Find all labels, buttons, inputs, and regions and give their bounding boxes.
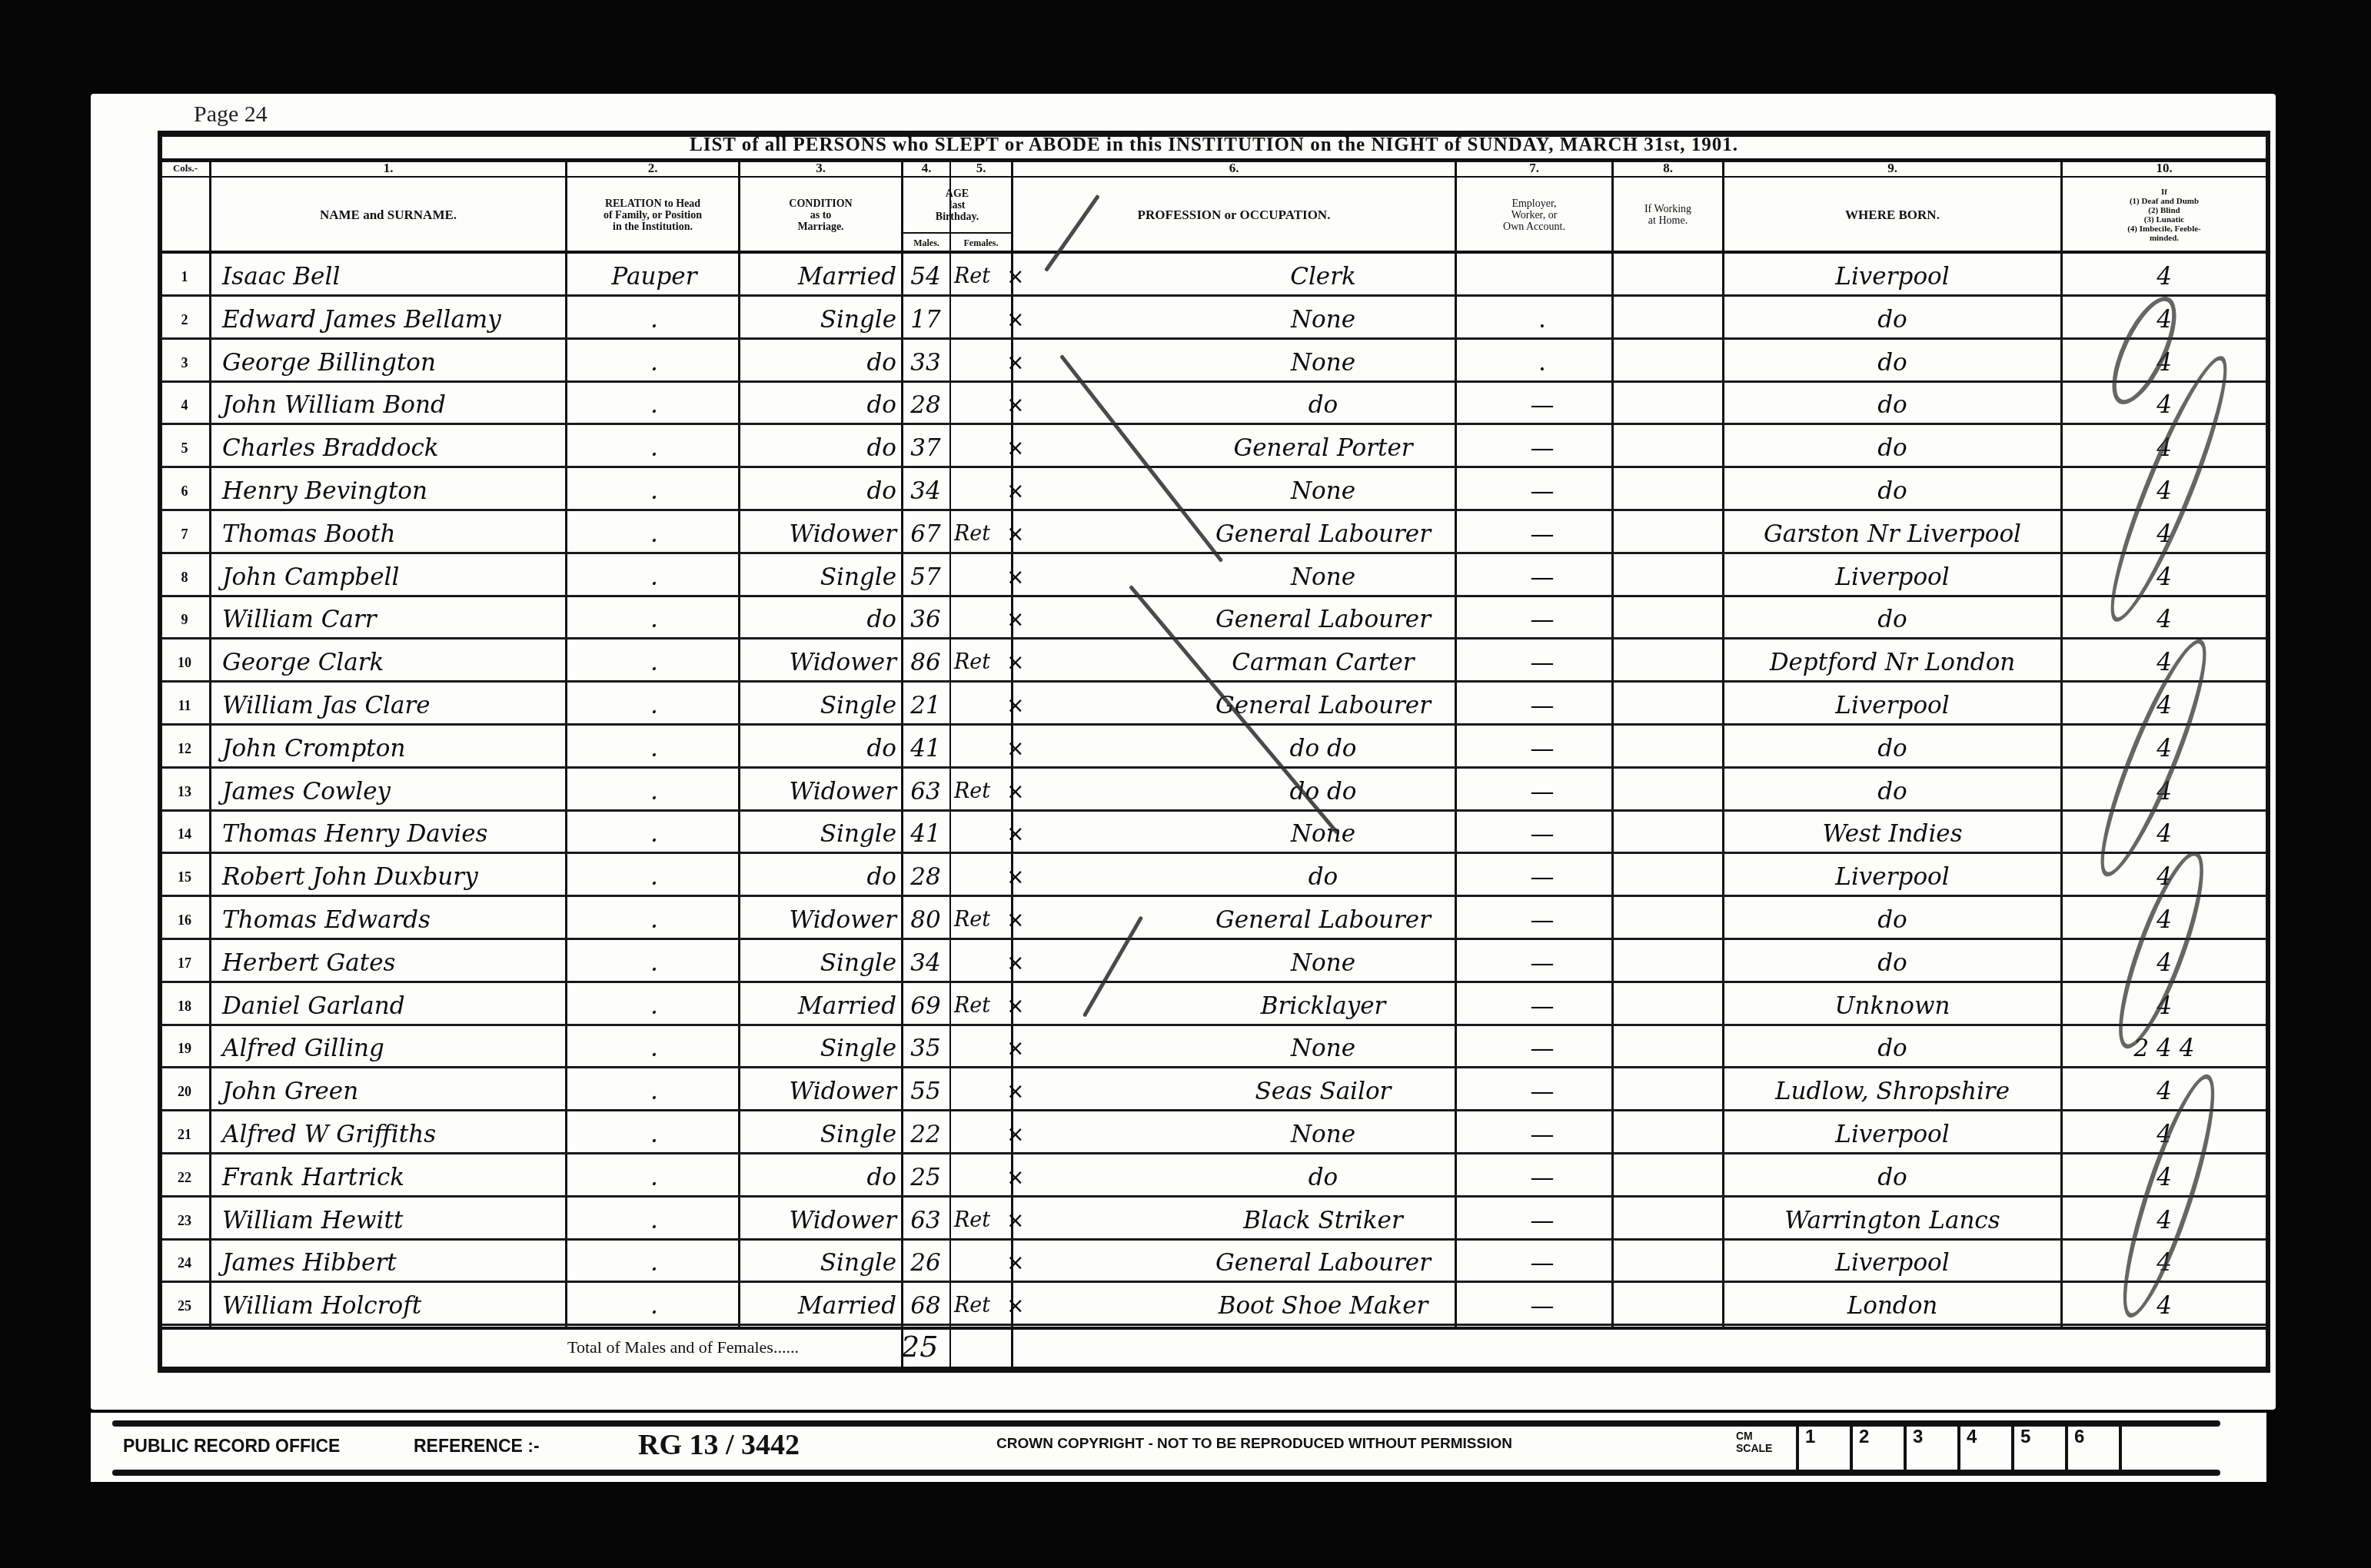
birthplace: London: [1724, 1286, 2060, 1324]
infirmity-code: 4: [2063, 385, 2266, 424]
tick-mark-icon: ×: [1006, 857, 1029, 895]
birthplace: do: [1724, 471, 2060, 510]
tick-mark-icon: ×: [1006, 900, 1029, 938]
birthplace: Liverpool: [1724, 1115, 2060, 1153]
employer-status: —: [1469, 1115, 1615, 1153]
colnum-3: 3.: [740, 160, 901, 177]
person-name: William Holcroft: [222, 1286, 568, 1324]
footer-office: PUBLIC RECORD OFFICE: [123, 1436, 340, 1457]
tick-mark-icon: ×: [1006, 600, 1029, 638]
person-name: Alfred Gilling: [222, 1028, 568, 1067]
employer-status: —: [1469, 600, 1615, 638]
birthplace: Liverpool: [1724, 257, 2060, 295]
marital-condition: Single: [743, 1243, 896, 1281]
tick-mark-icon: ×: [1006, 1286, 1029, 1324]
marital-condition: Single: [743, 814, 896, 852]
employer-status: —: [1469, 943, 1615, 982]
relation: Pauper: [570, 257, 739, 295]
marital-condition: do: [743, 385, 896, 424]
tick-mark-icon: ×: [1006, 1201, 1029, 1239]
marital-condition: Single: [743, 943, 896, 982]
header-name: NAME and SURNAME.: [211, 178, 565, 252]
relation: .: [570, 385, 739, 424]
row-number: 4: [162, 385, 207, 424]
row-number: 15: [162, 857, 207, 895]
table-row: 22 Frank Hartrick . do 25 × do — do 4: [162, 1154, 2266, 1198]
header-home: If Working at Home.: [1614, 178, 1722, 252]
age-male: 67: [903, 514, 949, 553]
birthplace: do: [1724, 772, 2060, 810]
tick-mark-icon: ×: [1006, 257, 1029, 295]
relation: .: [570, 1028, 739, 1067]
person-name: John Green: [222, 1071, 568, 1110]
schedule-title: LIST of all PERSONS who SLEPT or ABODE i…: [158, 132, 2270, 158]
table-row: 19 Alfred Gilling . Single 35 × None — d…: [162, 1025, 2266, 1068]
header-employer: Employer, Worker, or Own Account.: [1457, 178, 1611, 252]
row-number: 18: [162, 986, 207, 1025]
tick-mark-icon: ×: [1006, 986, 1029, 1025]
birthplace: Ludlow, Shropshire: [1724, 1071, 2060, 1110]
relation: .: [570, 1201, 739, 1239]
age-male: 35: [903, 1028, 949, 1067]
marital-condition: Widower: [743, 900, 896, 938]
colnum-6: 6.: [1013, 160, 1455, 177]
row-number: 20: [162, 1071, 207, 1110]
person-name: William Carr: [222, 600, 568, 638]
table-row: 18 Daniel Garland . Married 69 Ret × Bri…: [162, 983, 2266, 1026]
birthplace: do: [1724, 300, 2060, 338]
header-occupation: PROFESSION or OCCUPATION.: [1013, 178, 1455, 252]
birthplace: West Indies: [1724, 814, 2060, 852]
tick-mark-icon: ×: [1006, 343, 1029, 381]
person-name: John Crompton: [222, 729, 568, 767]
age-male: 41: [903, 729, 949, 767]
relation: .: [570, 986, 739, 1025]
relation: .: [570, 729, 739, 767]
colnum-7: 7.: [1457, 160, 1611, 177]
tick-mark-icon: ×: [1006, 643, 1029, 681]
colnum-4: 4.: [903, 160, 949, 177]
birthplace: do: [1724, 385, 2060, 424]
relation: .: [570, 772, 739, 810]
tick-mark-icon: ×: [1006, 1158, 1029, 1196]
employer-status: —: [1469, 385, 1615, 424]
marital-condition: do: [743, 1158, 896, 1196]
employer-status: —: [1469, 986, 1615, 1025]
employer-status: —: [1469, 471, 1615, 510]
marital-condition: do: [743, 343, 896, 381]
person-name: Frank Hartrick: [222, 1158, 568, 1196]
total-rule: [162, 1327, 2266, 1330]
table-row: 12 John Crompton . do 41 × do do — do 4: [162, 726, 2266, 769]
person-name: Thomas Booth: [222, 514, 568, 553]
age-male: 37: [903, 428, 949, 467]
tick-mark-icon: ×: [1006, 1115, 1029, 1153]
table-row: 1 Isaac Bell Pauper Married 54 Ret × Cle…: [162, 254, 2266, 297]
row-number: 2: [162, 300, 207, 338]
scale-mark: 4: [1957, 1422, 2011, 1474]
header-infirmity: If (1) Deaf and Dumb (2) Blind (3) Lunat…: [2063, 178, 2266, 252]
table-row: 3 George Billington . do 33 × None . do …: [162, 340, 2266, 383]
marital-condition: Married: [743, 1286, 896, 1324]
table-row: 14 Thomas Henry Davies . Single 41 × Non…: [162, 811, 2266, 854]
marital-condition: do: [743, 428, 896, 467]
employer-status: —: [1469, 857, 1615, 895]
colnum-2: 2.: [567, 160, 738, 177]
total-value: 25: [901, 1330, 938, 1364]
table-row: 9 William Carr . do 36 × General Laboure…: [162, 596, 2266, 639]
tick-mark-icon: ×: [1006, 1028, 1029, 1067]
marital-condition: do: [743, 471, 896, 510]
relation: .: [570, 514, 739, 553]
scale-mark: 2: [1850, 1422, 1904, 1474]
person-name: William Jas Clare: [222, 686, 568, 724]
infirmity-code: 2 4 4: [2063, 1028, 2266, 1067]
table-row: 4 John William Bond . do 28 × do — do 4: [162, 382, 2266, 425]
relation: .: [570, 1158, 739, 1196]
infirmity-code: 4: [2063, 1071, 2266, 1110]
age-male: 63: [903, 1201, 949, 1239]
employer-status: —: [1469, 772, 1615, 810]
row-number: 14: [162, 814, 207, 852]
birthplace: do: [1724, 343, 2060, 381]
age-male: 34: [903, 943, 949, 982]
birthplace: Warrington Lancs: [1724, 1201, 2060, 1239]
employer-status: —: [1469, 729, 1615, 767]
age-male: 55: [903, 1071, 949, 1110]
marital-condition: Married: [743, 986, 896, 1025]
age-male: 34: [903, 471, 949, 510]
employer-status: —: [1469, 1028, 1615, 1067]
birthplace: do: [1724, 900, 2060, 938]
marital-condition: do: [743, 857, 896, 895]
header-born: WHERE BORN.: [1724, 178, 2060, 252]
infirmity-code: 4: [2063, 1286, 2266, 1324]
employer-status: —: [1469, 686, 1615, 724]
tick-mark-icon: ×: [1006, 943, 1029, 982]
row-number: 10: [162, 643, 207, 681]
birthplace: do: [1724, 1158, 2060, 1196]
employer-status: .: [1469, 300, 1615, 338]
person-name: Herbert Gates: [222, 943, 568, 982]
infirmity-code: 4: [2063, 557, 2266, 596]
tick-mark-icon: ×: [1006, 514, 1029, 553]
age-male: 25: [903, 1158, 949, 1196]
row-rule: [162, 1324, 2266, 1326]
birthplace: do: [1724, 600, 2060, 638]
scale-mark: 1: [1796, 1422, 1850, 1474]
header-relation: RELATION to Head of Family, or Position …: [567, 178, 738, 252]
person-name: George Clark: [222, 643, 568, 681]
relation: .: [570, 943, 739, 982]
table-row: 13 James Cowley . Widower 63 Ret × do do…: [162, 769, 2266, 812]
relation: .: [570, 1286, 739, 1324]
row-number: 16: [162, 900, 207, 938]
footer-reference: RG 13 / 3442: [638, 1428, 800, 1462]
cols-label: Cols.-: [162, 160, 208, 177]
relation: .: [570, 686, 739, 724]
tick-mark-icon: ×: [1006, 686, 1029, 724]
marital-condition: Single: [743, 300, 896, 338]
marital-condition: Widower: [743, 643, 896, 681]
row-number: 17: [162, 943, 207, 982]
table-row: 8 John Campbell . Single 57 × None — Liv…: [162, 554, 2266, 597]
age-male: 63: [903, 772, 949, 810]
tick-mark-icon: ×: [1006, 428, 1029, 467]
person-name: Alfred W Griffiths: [222, 1115, 568, 1153]
table-row: 10 George Clark . Widower 86 Ret × Carma…: [162, 639, 2266, 683]
relation: .: [570, 471, 739, 510]
row-number: 3: [162, 343, 207, 381]
person-name: Charles Braddock: [222, 428, 568, 467]
infirmity-code: 4: [2063, 600, 2266, 638]
employer-status: .: [1469, 343, 1615, 381]
scale-mark: 3: [1904, 1422, 1957, 1474]
relation: .: [570, 900, 739, 938]
birthplace: Liverpool: [1724, 857, 2060, 895]
person-name: Thomas Edwards: [222, 900, 568, 938]
age-male: 80: [903, 900, 949, 938]
row-number: 9: [162, 600, 207, 638]
footer-reference-label: REFERENCE :-: [414, 1436, 540, 1457]
age-male: 54: [903, 257, 949, 295]
relation: .: [570, 557, 739, 596]
marital-condition: do: [743, 600, 896, 638]
employer-status: —: [1469, 814, 1615, 852]
relation: .: [570, 600, 739, 638]
marital-condition: Single: [743, 1115, 896, 1153]
table-row: 16 Thomas Edwards . Widower 80 Ret × Gen…: [162, 897, 2266, 940]
person-name: Henry Bevington: [222, 471, 568, 510]
employer-status: —: [1469, 428, 1615, 467]
colnum-10: 10.: [2063, 160, 2266, 177]
row-number: 25: [162, 1286, 207, 1324]
tick-mark-icon: ×: [1006, 814, 1029, 852]
age-male: 17: [903, 300, 949, 338]
birthplace: Unknown: [1724, 986, 2060, 1025]
header-age-females: Females.: [951, 235, 1011, 251]
age-male: 33: [903, 343, 949, 381]
person-name: John William Bond: [222, 385, 568, 424]
birthplace: Liverpool: [1724, 1243, 2060, 1281]
employer-status: —: [1469, 900, 1615, 938]
age-male: 22: [903, 1115, 949, 1153]
relation: .: [570, 1071, 739, 1110]
tick-mark-icon: ×: [1006, 729, 1029, 767]
marital-condition: do: [743, 729, 896, 767]
marital-condition: Widower: [743, 1201, 896, 1239]
row-number: 13: [162, 772, 207, 810]
person-name: Edward James Bellamy: [222, 300, 568, 338]
person-name: Robert John Duxbury: [222, 857, 568, 895]
footer-copyright: CROWN COPYRIGHT - NOT TO BE REPRODUCED W…: [996, 1436, 1512, 1453]
relation: .: [570, 1115, 739, 1153]
employer-status: —: [1469, 1286, 1615, 1324]
tick-mark-icon: ×: [1006, 557, 1029, 596]
age-male: 41: [903, 814, 949, 852]
age-male: 21: [903, 686, 949, 724]
person-name: George Billington: [222, 343, 568, 381]
employer-status: —: [1469, 1201, 1615, 1239]
tick-mark-icon: ×: [1006, 772, 1029, 810]
relation: .: [570, 428, 739, 467]
age-male: 86: [903, 643, 949, 681]
birthplace: do: [1724, 729, 2060, 767]
row-number: 24: [162, 1243, 207, 1281]
relation: .: [570, 857, 739, 895]
person-name: Thomas Henry Davies: [222, 814, 568, 852]
relation: .: [570, 300, 739, 338]
marital-condition: Single: [743, 557, 896, 596]
row-number: 6: [162, 471, 207, 510]
employer-status: —: [1469, 1158, 1615, 1196]
colnum-9: 9.: [1724, 160, 2060, 177]
total-label: Total of Males and of Females......: [567, 1337, 799, 1357]
birthplace: Deptford Nr London: [1724, 643, 2060, 681]
age-male: 36: [903, 600, 949, 638]
age-male: 57: [903, 557, 949, 596]
table-row: 24 James Hibbert . Single 26 × General L…: [162, 1240, 2266, 1283]
row-number: 21: [162, 1115, 207, 1153]
age-male: 69: [903, 986, 949, 1025]
birthplace: do: [1724, 428, 2060, 467]
employer-status: —: [1469, 1071, 1615, 1110]
birthplace: Garston Nr Liverpool: [1724, 514, 2060, 553]
person-name: Daniel Garland: [222, 986, 568, 1025]
row-number: 5: [162, 428, 207, 467]
row-number: 23: [162, 1201, 207, 1239]
infirmity-code: 4: [2063, 643, 2266, 681]
header-age: AGE last Birthday.: [903, 178, 1011, 232]
table-row: 21 Alfred W Griffiths . Single 22 × None…: [162, 1111, 2266, 1154]
relation: .: [570, 1243, 739, 1281]
row-number: 11: [162, 686, 207, 724]
table-row: 5 Charles Braddock . do 37 × General Por…: [162, 425, 2266, 468]
birthplace: do: [1724, 1028, 2060, 1067]
birthplace: Liverpool: [1724, 686, 2060, 724]
marital-condition: Single: [743, 686, 896, 724]
scale-blank: [2119, 1422, 2260, 1474]
birthplace: Liverpool: [1724, 557, 2060, 596]
employer-status: —: [1469, 643, 1615, 681]
employer-status: [1469, 257, 1615, 295]
employer-status: —: [1469, 557, 1615, 596]
tick-mark-icon: ×: [1006, 1243, 1029, 1281]
row-number: 19: [162, 1028, 207, 1067]
age-sub-rule: [903, 232, 1011, 234]
row-number: 1: [162, 257, 207, 295]
marital-condition: Widower: [743, 1071, 896, 1110]
colnum-8: 8.: [1614, 160, 1722, 177]
row-number: 8: [162, 557, 207, 596]
table-row: 6 Henry Bevington . do 34 × None — do 4: [162, 468, 2266, 511]
cm-scale: 1 2 3 4 5 6: [1796, 1422, 2260, 1474]
person-name: Isaac Bell: [222, 257, 568, 295]
header-condition: CONDITION as to Marriage.: [740, 178, 901, 252]
table-row: 25 William Holcroft . Married 68 Ret × B…: [162, 1283, 2266, 1326]
tick-mark-icon: ×: [1006, 1071, 1029, 1110]
infirmity-code: 4: [2063, 814, 2266, 852]
employer-status: —: [1469, 514, 1615, 553]
row-number: 22: [162, 1158, 207, 1196]
marital-condition: Single: [743, 1028, 896, 1067]
colnum-1: 1.: [211, 160, 565, 177]
relation: .: [570, 643, 739, 681]
tick-mark-icon: ×: [1006, 471, 1029, 510]
employer-status: —: [1469, 1243, 1615, 1281]
age-male: 26: [903, 1243, 949, 1281]
table-row: 17 Herbert Gates . Single 34 × None — do…: [162, 940, 2266, 983]
relation: .: [570, 814, 739, 852]
birthplace: do: [1724, 943, 2060, 982]
scale-mark: 6: [2065, 1422, 2119, 1474]
archive-footer: PUBLIC RECORD OFFICE REFERENCE :- RG 13 …: [91, 1413, 2266, 1482]
relation: .: [570, 343, 739, 381]
table-row: 23 William Hewitt . Widower 63 Ret × Bla…: [162, 1198, 2266, 1241]
marital-condition: Married: [743, 257, 896, 295]
page-number: Page 24: [194, 101, 268, 128]
age-male: 68: [903, 1286, 949, 1324]
person-name: William Hewitt: [222, 1201, 568, 1239]
person-name: James Cowley: [222, 772, 568, 810]
scale-mark: 5: [2011, 1422, 2065, 1474]
age-male: 28: [903, 385, 949, 424]
marital-condition: Widower: [743, 514, 896, 553]
person-name: John Campbell: [222, 557, 568, 596]
row-number: 7: [162, 514, 207, 553]
row-number: 12: [162, 729, 207, 767]
person-name: James Hibbert: [222, 1243, 568, 1281]
marital-condition: Widower: [743, 772, 896, 810]
table-row: 20 John Green . Widower 55 × Seas Sailor…: [162, 1068, 2266, 1111]
table-row: 15 Robert John Duxbury . do 28 × do — Li…: [162, 854, 2266, 897]
infirmity-code: 4: [2063, 257, 2266, 295]
table-row: 2 Edward James Bellamy . Single 17 × Non…: [162, 297, 2266, 340]
header-age-males: Males.: [903, 235, 949, 251]
colnum-5: 5.: [951, 160, 1011, 177]
age-male: 28: [903, 857, 949, 895]
footer-scale-label: CM SCALE: [1736, 1430, 1772, 1454]
tick-mark-icon: ×: [1006, 300, 1029, 338]
tick-mark-icon: ×: [1006, 385, 1029, 424]
